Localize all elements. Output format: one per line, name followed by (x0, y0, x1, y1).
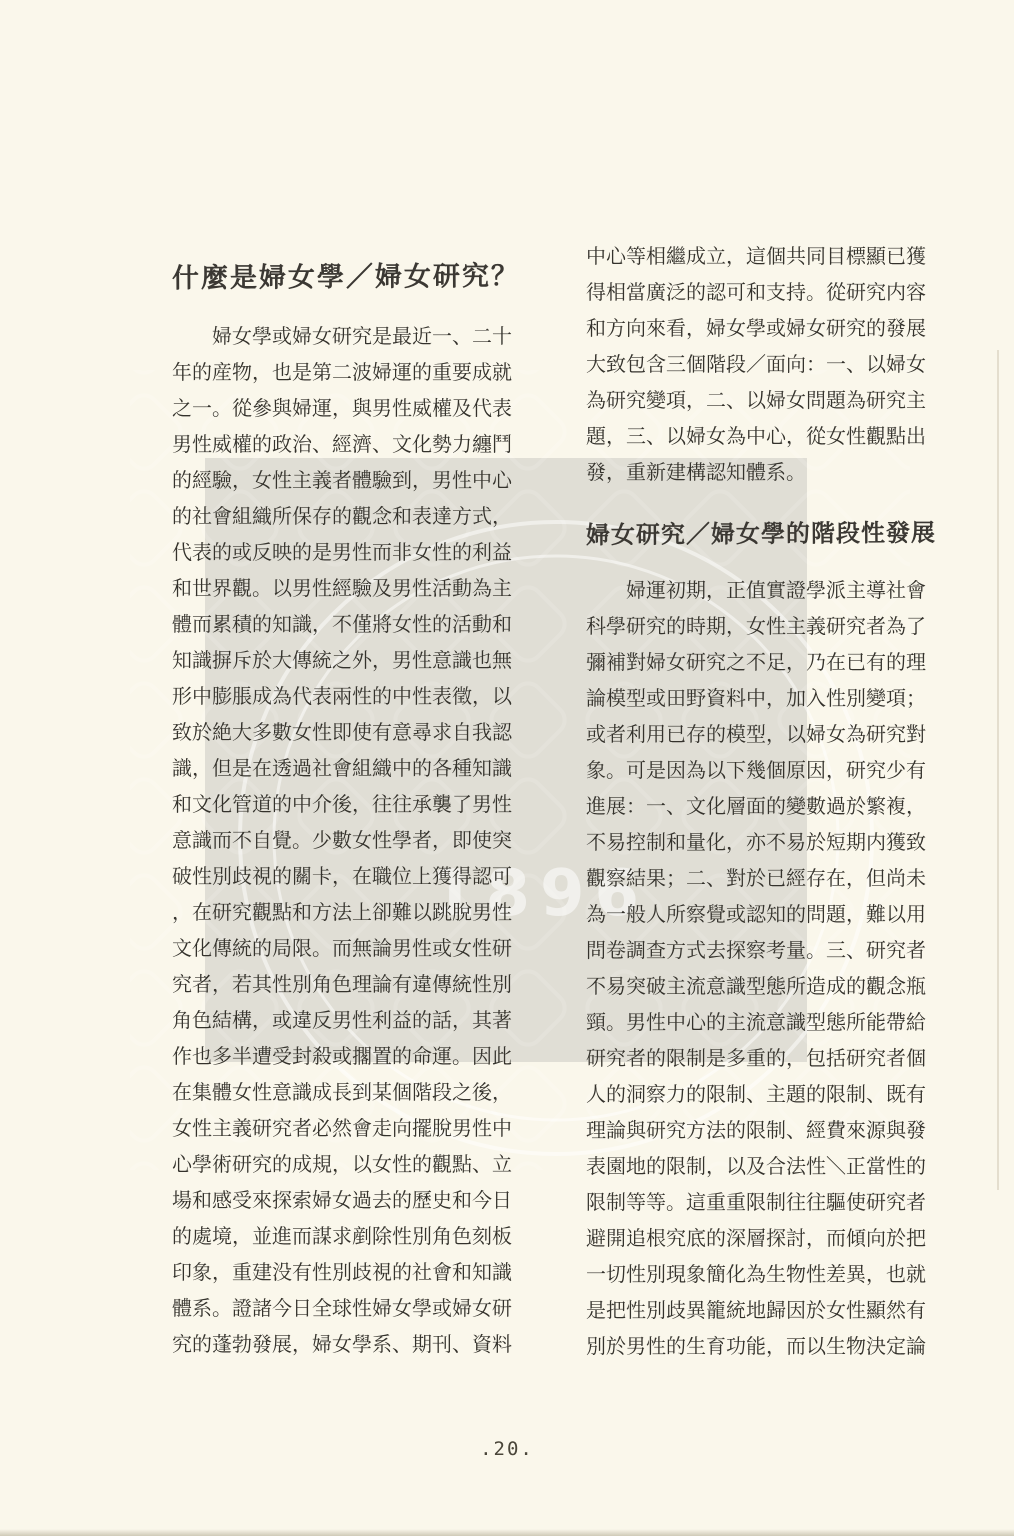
page-bottom-shadow (0, 1529, 1014, 1536)
page-edge-line (997, 350, 999, 1190)
left-column: 什麼是婦女學／婦女研究？ 婦女學或婦女研究是最近一、二十年的産物，也是第二波婦運… (172, 258, 514, 1362)
section-heading-left: 什麼是婦女學／婦女研究？ (172, 257, 514, 299)
scanned-document-page: 1896 什麼是婦女學／婦女研究？ 婦女學或婦女研究是最近一、二十年的産物，也是… (0, 0, 1014, 1536)
section-heading-right: 婦女研究／婦女學的階段性發展 (586, 513, 928, 555)
right-column-paragraph: 婦運初期，正值實證學派主導社會科學研究的時期，女性主義研究者為了彌補對婦女研究之… (586, 572, 926, 1364)
left-column-paragraph: 婦女學或婦女研究是最近一、二十年的産物，也是第二波婦運的重要成就之一。從參與婦運… (172, 318, 512, 1362)
right-column: 中心等相繼成立，這個共同目標顯已獲得相當廣泛的認可和支持。從研究内容和方向來看，… (586, 238, 928, 1364)
right-column-paragraph-continued: 中心等相繼成立，這個共同目標顯已獲得相當廣泛的認可和支持。從研究内容和方向來看，… (586, 238, 926, 490)
page-number: .20. (0, 1438, 1014, 1460)
